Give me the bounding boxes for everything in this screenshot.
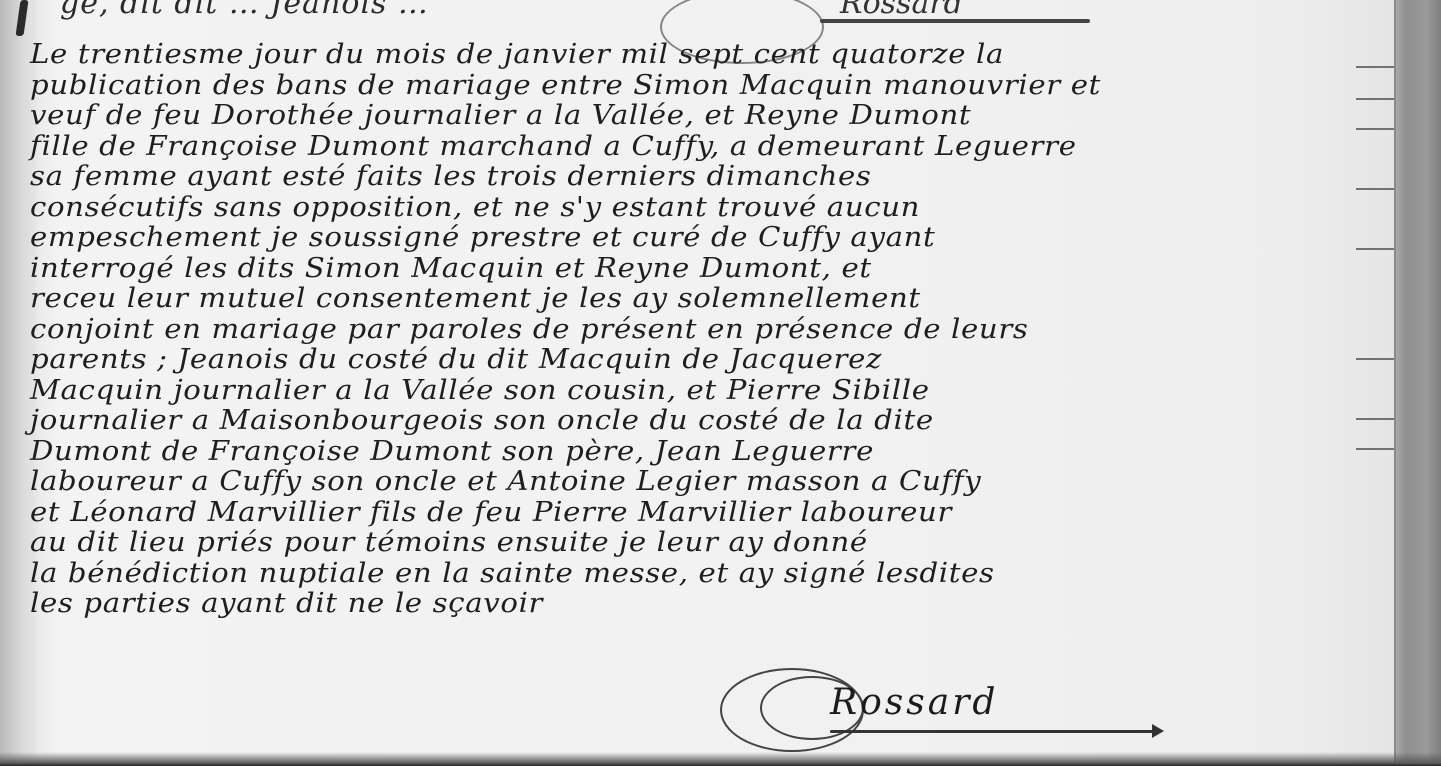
text-line: journalier a Maisonbourgeois son oncle d… [30,406,1441,437]
text-line: Le trentiesme jour du mois de janvier mi… [30,40,1441,71]
text-line: publication des bans de mariage entre Si… [30,71,1441,102]
text-line: fille de Françoise Dumont marchand a Cuf… [30,132,1441,163]
line-filler-dash [1356,418,1396,420]
text-line: interrogé les dits Simon Macquin et Reyn… [30,254,1441,285]
previous-entry-ending: ge, dit dit … Jeanois … [60,0,429,21]
signature-underline-end [1152,724,1164,738]
text-line: conjoint en mariage par paroles de prése… [30,315,1441,346]
priest-signature: Rossard [830,682,998,723]
line-filler-dash [1356,66,1396,68]
text-line: Macquin journalier a la Vallée son cousi… [30,376,1441,407]
text-line: les parties ayant dit ne le sçavoir [30,589,1441,620]
text-line: empeschement je soussigné prestre et cur… [30,223,1441,254]
signature-underline [830,730,1160,733]
text-line: parents ; Jeanois du costé du dit Macqui… [30,345,1441,376]
top-signature: Rossard [840,0,963,21]
line-filler-dash [1356,98,1396,100]
text-line: veuf de feu Dorothée journalier a la Val… [30,101,1441,132]
text-line: sa femme ayant esté faits les trois dern… [30,162,1441,193]
line-filler-dash [1356,188,1396,190]
text-line: Dumont de Françoise Dumont son père, Jea… [30,437,1441,468]
text-line: la bénédiction nuptiale en la sainte mes… [30,559,1441,590]
line-filler-dash [1356,358,1396,360]
line-filler-dash [1356,128,1396,130]
text-line: laboureur a Cuffy son oncle et Antoine L… [30,467,1441,498]
top-signature-underline [820,19,1090,23]
text-line: receu leur mutuel consentement je les ay… [30,284,1441,315]
text-line: au dit lieu priés pour témoins ensuite j… [30,528,1441,559]
line-filler-dash [1356,248,1396,250]
line-filler-dash [1356,448,1396,450]
entry-text: Le trentiesme jour du mois de janvier mi… [30,40,1400,620]
text-line: consécutifs sans opposition, et ne s'y e… [30,193,1441,224]
page-edge [1394,0,1441,766]
manuscript-page: ge, dit dit … Jeanois … Rossard Le trent… [0,0,1441,766]
text-line: et Léonard Marvillier fils de feu Pierre… [30,498,1441,529]
page-bottom-shadow [0,752,1441,766]
